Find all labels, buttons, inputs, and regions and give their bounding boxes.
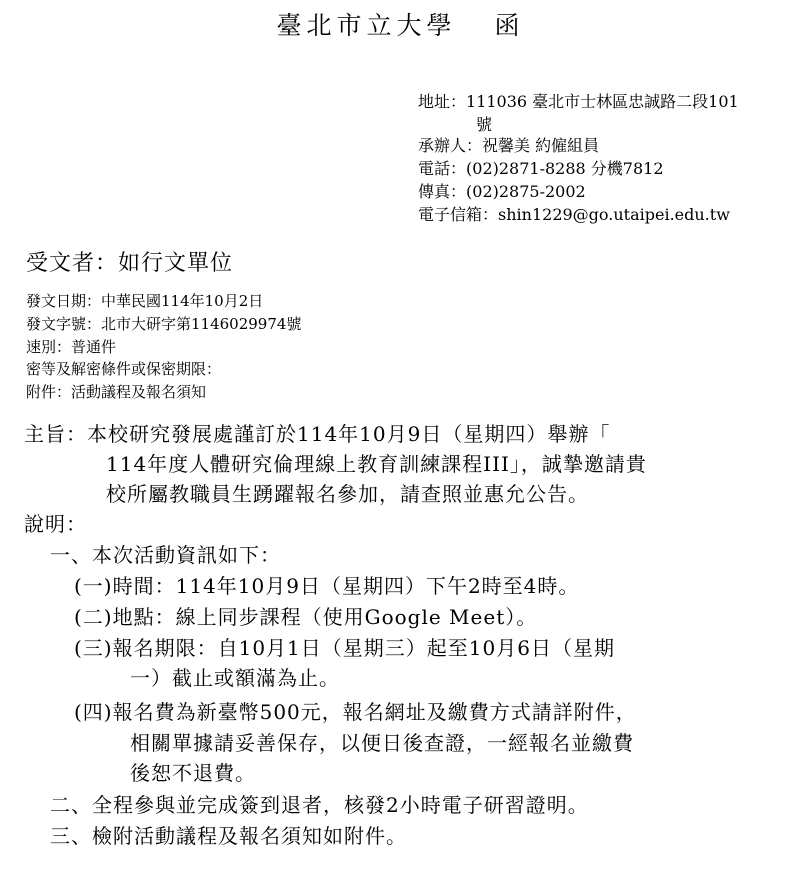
email: 電子信箱：shin1229@go.utaipei.edu.tw: [418, 203, 730, 226]
speed: 速別：普通件: [26, 336, 116, 358]
document-title: 臺北市立大學函: [0, 6, 801, 42]
phone: 電話：(02)2871-8288 分機7812: [418, 157, 664, 180]
explanation-item-2: 二、全程參與並完成簽到退者，核發2小時電子研習證明。: [50, 791, 589, 820]
attachment: 附件：活動議程及報名須知: [26, 381, 206, 403]
address-cont: 號: [476, 113, 492, 136]
security-level: 密等及解密條件或保密期限：: [26, 358, 221, 380]
explanation-sub-2: (二)地點：線上同步課程（使用Google Meet）。: [74, 603, 537, 632]
doc-type: 函: [495, 11, 525, 40]
handler: 承辦人：祝馨美 約僱組員: [418, 134, 599, 157]
recipient: 受文者：如行文單位: [26, 246, 233, 277]
explanation-sub-4-cont-2: 後恕不退費。: [130, 759, 256, 788]
subject-line-2: 114年度人體研究倫理線上教育訓練課程III」，誠摯邀請貴: [106, 450, 647, 479]
explanation-sub-1: (一)時間：114年10月9日（星期四）下午2時至4時。: [74, 572, 579, 601]
email-link[interactable]: shin1229@go.utaipei.edu.tw: [498, 205, 730, 224]
explanation-item-1: 一、本次活動資訊如下：: [50, 541, 281, 570]
address: 地址：111036 臺北市士林區忠誠路二段101: [418, 90, 739, 113]
explanation-sub-4: (四)報名費為新臺幣500元，報名網址及繳費方式請詳附件，: [74, 698, 637, 727]
explanation-label: 說明：: [24, 510, 87, 539]
explanation-sub-3-cont: 一）截止或額滿為止。: [130, 664, 340, 693]
explanation-item-3: 三、檢附活動議程及報名須知如附件。: [50, 822, 407, 851]
subject-line-1: 主旨：本校研究發展處謹訂於114年10月9日（星期四）舉辦「: [24, 420, 610, 449]
explanation-sub-3: (三)報名期限：自10月1日（星期三）起至10月6日（星期: [74, 634, 615, 663]
fax: 傳真：(02)2875-2002: [418, 180, 586, 203]
org-name: 臺北市立大學: [276, 11, 456, 40]
subject-line-3: 校所屬教職員生踴躍報名參加，請查照並惠允公告。: [106, 480, 589, 509]
explanation-sub-4-cont: 相關單據請妥善保存，以便日後查證，一經報名並繳費: [130, 729, 634, 758]
issue-date: 發文日期：中華民國114年10月2日: [26, 290, 263, 312]
issue-number: 發文字號：北市大研字第1146029974號: [26, 313, 301, 335]
